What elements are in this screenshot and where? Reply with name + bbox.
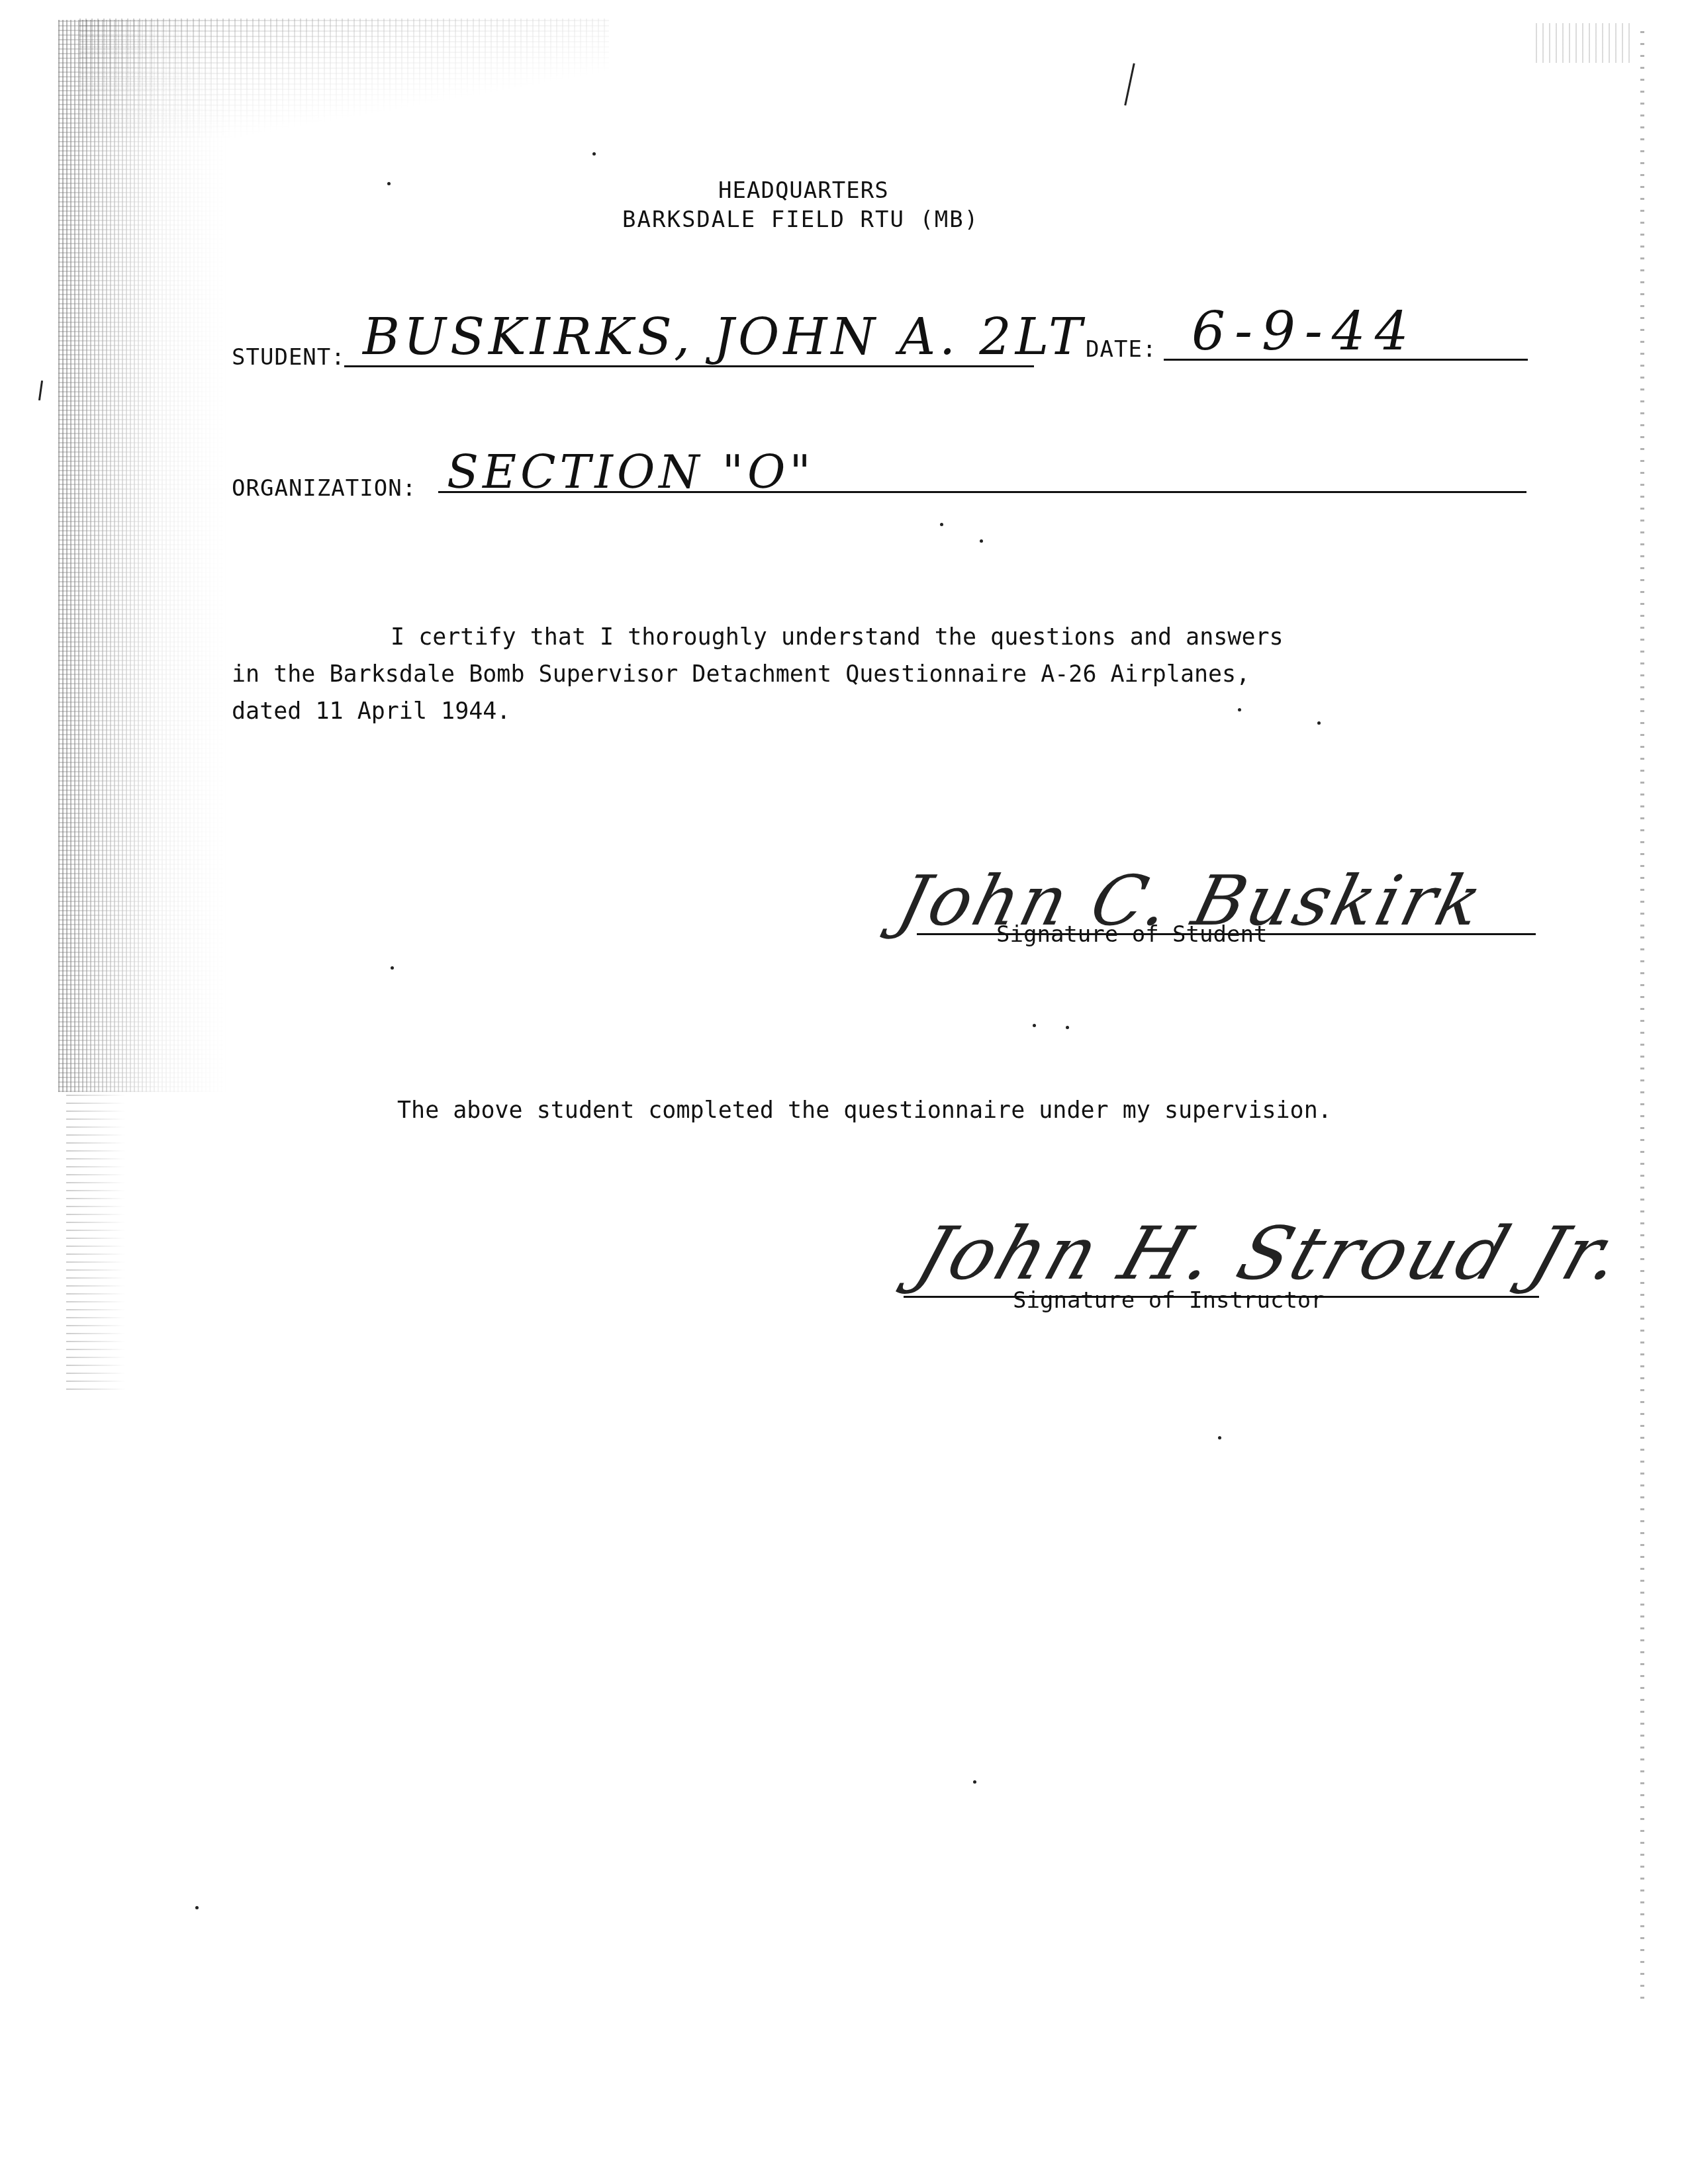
certification-line-3: dated 11 April 1944.: [232, 693, 1489, 730]
stray-pen-mark: [38, 381, 43, 400]
stray-mark: [980, 539, 983, 543]
stray-mark: [592, 152, 596, 156]
stray-mark: [1033, 1024, 1036, 1027]
header-subtitle: BARKSDALE FIELD RTU (MB): [622, 206, 979, 233]
instructor-signature-handwriting: John H. Stroud Jr.: [906, 1211, 1635, 1296]
organization-field-underline: [438, 491, 1526, 493]
stray-mark: [391, 966, 394, 970]
student-label: STUDENT:: [232, 344, 346, 371]
organization-label: ORGANIZATION:: [232, 475, 416, 502]
stray-mark: [1066, 1026, 1069, 1029]
student-name-value: BUSKIRKS, JOHN A. 2LT: [363, 307, 1086, 366]
student-field-underline: [344, 365, 1034, 367]
stray-pen-mark: [1124, 63, 1135, 105]
scan-noise-right-edge: [1640, 26, 1644, 1999]
date-field-underline: [1164, 359, 1528, 361]
scan-noise-left-edge-lower: [66, 1092, 126, 1390]
stray-mark: [973, 1780, 976, 1784]
date-value: 6-9-44: [1192, 300, 1418, 362]
header-title: HEADQUARTERS: [718, 177, 889, 204]
stray-mark: [1218, 1436, 1221, 1439]
scanned-document-page: HEADQUARTERS BARKSDALE FIELD RTU (MB) ST…: [0, 0, 1688, 2184]
certification-paragraph: I certify that I thoroughly understand t…: [232, 619, 1489, 730]
stray-mark: [195, 1906, 199, 1909]
scan-noise-right-corner: [1536, 23, 1635, 63]
stray-mark: [387, 182, 391, 185]
certification-line-1: I certify that I thoroughly understand t…: [232, 619, 1489, 656]
supervision-statement: The above student completed the question…: [397, 1097, 1332, 1124]
certification-line-2: in the Barksdale Bomb Supervisor Detachm…: [232, 656, 1489, 693]
instructor-signature-caption: Signature of Instructor: [1013, 1287, 1325, 1314]
scan-noise-left-edge: [58, 20, 230, 1092]
date-label: DATE:: [1086, 336, 1156, 363]
student-signature-caption: Signature of Student: [996, 921, 1267, 948]
scan-noise-top-corner: [79, 19, 609, 138]
stray-mark: [940, 523, 943, 526]
